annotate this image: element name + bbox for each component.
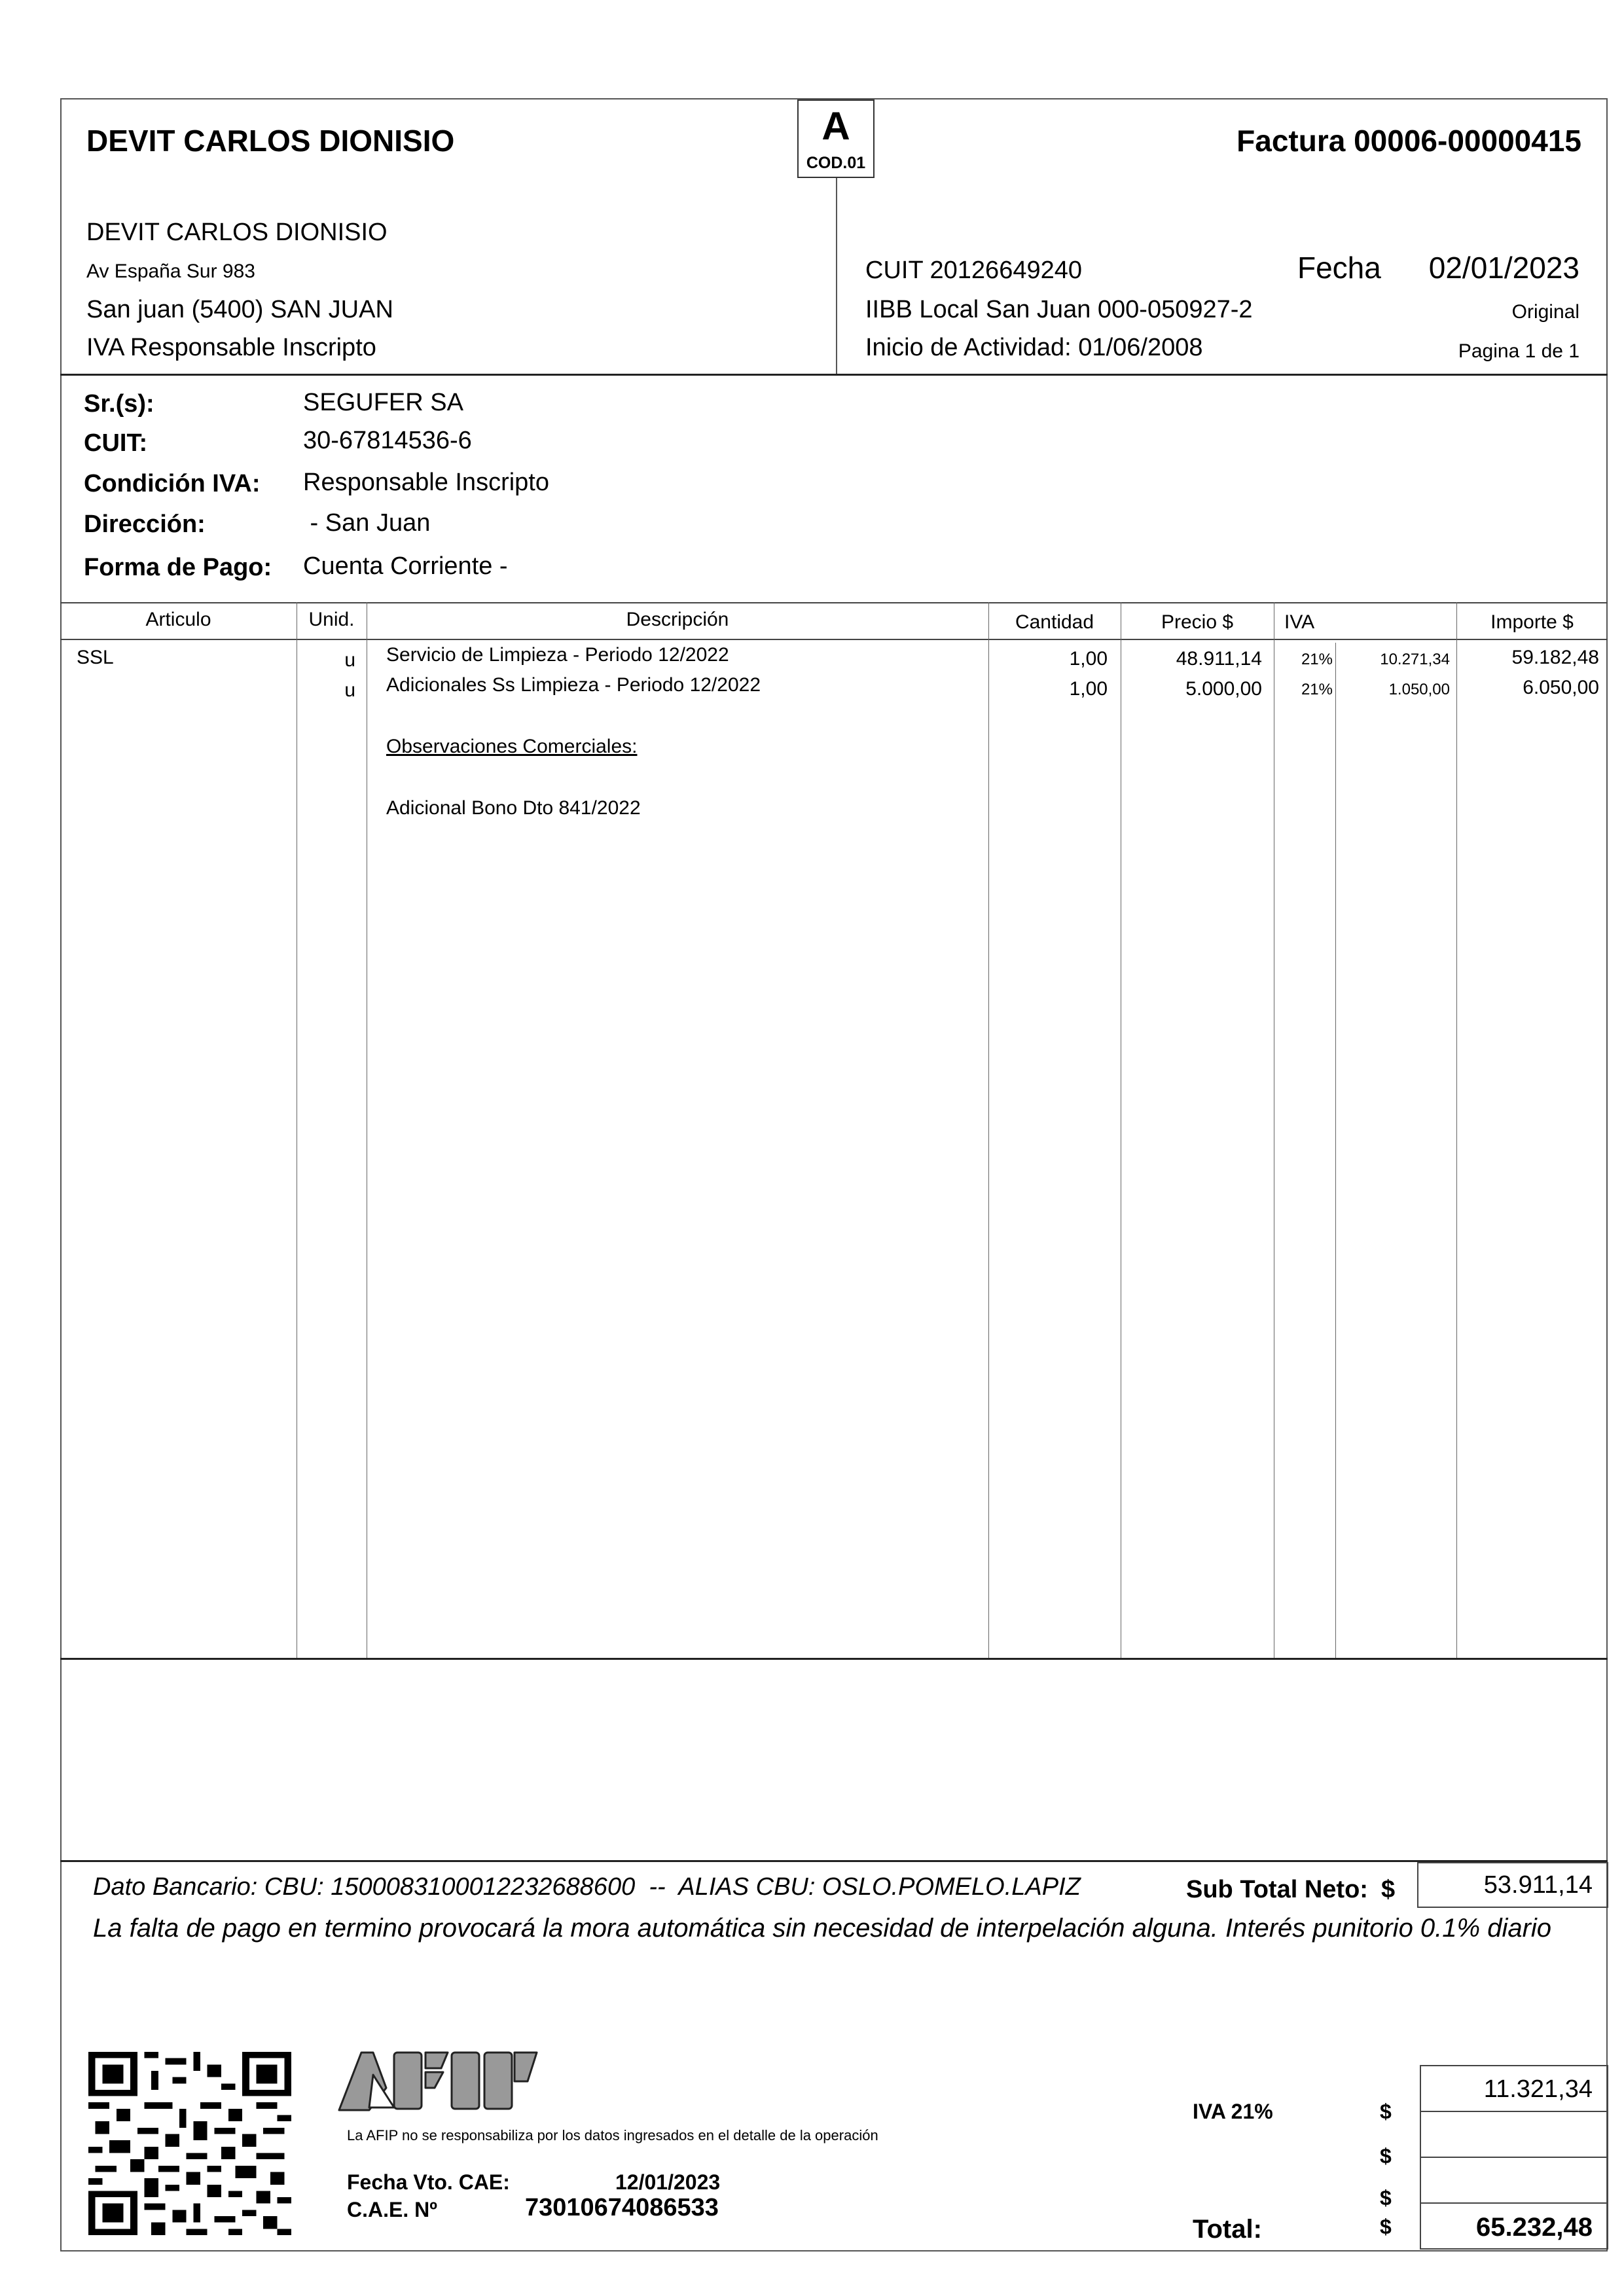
- col-divider: [1121, 602, 1121, 1658]
- tax-box-empty: [1420, 2111, 1608, 2158]
- footer-top-rule: [60, 1860, 1608, 1862]
- customer-address-value: - San Juan: [303, 509, 430, 537]
- tax-currency: $: [1380, 2144, 1392, 2168]
- cae-value: 73010674086533: [525, 2194, 719, 2222]
- row-descripcion: Adicionales Ss Limpieza - Periodo 12/202…: [386, 674, 761, 696]
- table-header-rule: [60, 639, 1608, 640]
- customer-name-label: Sr.(s):: [84, 390, 154, 418]
- invoice-type-box: A COD.01: [797, 99, 875, 178]
- col-divider: [1274, 602, 1274, 1658]
- issuer-city: San juan (5400) SAN JUAN: [86, 296, 393, 324]
- row-importe: 6.050,00: [1456, 677, 1599, 699]
- tax-currency: $: [1380, 2100, 1392, 2124]
- invoice-letter: A: [799, 103, 873, 149]
- total-label: Total:: [1193, 2215, 1262, 2244]
- payment-method-value: Cuenta Corriente -: [303, 552, 508, 581]
- customer-cuit-value: 30-67814536-6: [303, 427, 472, 455]
- col-divider: [1456, 602, 1457, 1658]
- row-descripcion: Servicio de Limpieza - Periodo 12/2022: [386, 644, 729, 666]
- col-header-unid: Unid.: [297, 609, 367, 631]
- row-cantidad: 1,00: [988, 648, 1108, 670]
- tax-label-iva21: IVA 21%: [1193, 2100, 1273, 2124]
- late-payment-notice: La falta de pago en termino provocará la…: [93, 1914, 1551, 1943]
- tax-box-empty: [1420, 2157, 1608, 2204]
- col-header-cantidad: Cantidad: [988, 611, 1121, 634]
- bank-info: Dato Bancario: CBU: 15000831000122326886…: [93, 1873, 1081, 1901]
- row-cantidad: 1,00: [988, 678, 1108, 700]
- issuer-address: Av España Sur 983: [86, 260, 255, 283]
- issuer-name: DEVIT CARLOS DIONISIO: [86, 219, 388, 247]
- tax-value-iva21: 11.321,34: [1484, 2075, 1593, 2104]
- row-iva-pct: 21%: [1274, 681, 1333, 699]
- row-precio: 48.911,14: [1121, 648, 1262, 670]
- afip-disclaimer: La AFIP no se responsabiliza por los dat…: [347, 2127, 878, 2144]
- observations-title: Observaciones Comerciales:: [386, 736, 637, 758]
- table-top-rule: [60, 602, 1608, 603]
- tax-currency: $: [1380, 2186, 1392, 2210]
- page-indicator: Pagina 1 de 1: [1458, 340, 1579, 363]
- col-header-descripcion: Descripción: [367, 609, 988, 631]
- customer-name-value: SEGUFER SA: [303, 389, 463, 417]
- issuer-cuit: CUIT 20126649240: [865, 257, 1082, 285]
- subtotal-label: Sub Total Neto:: [1186, 1876, 1368, 1904]
- issuer-tax-condition: IVA Responsable Inscripto: [86, 334, 376, 362]
- row-iva-monto: 1.050,00: [1335, 681, 1450, 699]
- issuer-start-activity: Inicio de Actividad: 01/06/2008: [865, 334, 1203, 362]
- row-precio: 5.000,00: [1121, 678, 1262, 700]
- invoice-title: Factura 00006-00000415: [1236, 123, 1581, 158]
- col-divider: [988, 602, 989, 1658]
- subtotal-box: 53.911,14: [1417, 1862, 1608, 1908]
- row-iva-pct: 21%: [1274, 651, 1333, 669]
- observations-text: Adicional Bono Dto 841/2022: [386, 797, 641, 819]
- subtotal-currency: $: [1381, 1876, 1395, 1904]
- row-articulo: SSL: [77, 647, 114, 669]
- cae-due-label: Fecha Vto. CAE:: [347, 2170, 510, 2195]
- col-header-articulo: Articulo: [60, 609, 297, 631]
- col-divider: [367, 602, 367, 1658]
- payment-method-label: Forma de Pago:: [84, 554, 272, 582]
- col-header-precio: Precio $: [1121, 611, 1274, 634]
- col-divider: [1335, 643, 1336, 1658]
- customer-address-label: Dirección:: [84, 511, 206, 539]
- company-name: DEVIT CARLOS DIONISIO: [86, 123, 454, 158]
- header-bottom-rule: [60, 374, 1608, 376]
- total-currency: $: [1380, 2215, 1392, 2239]
- cae-label: C.A.E. Nº: [347, 2198, 437, 2222]
- cae-due-value: 12/01/2023: [615, 2170, 720, 2195]
- date-label: Fecha: [1297, 250, 1381, 285]
- total-box: 65.232,48: [1420, 2202, 1608, 2250]
- tax-box-iva21: 11.321,34: [1420, 2065, 1608, 2112]
- issuer-iibb: IIBB Local San Juan 000-050927-2: [865, 296, 1253, 324]
- col-header-importe: Importe $: [1456, 611, 1608, 634]
- customer-tax-label: Condición IVA:: [84, 470, 261, 498]
- row-iva-monto: 10.271,34: [1335, 651, 1450, 669]
- table-bottom-rule: [60, 1658, 1608, 1660]
- afip-logo-icon: [335, 2049, 545, 2114]
- row-unid: u: [297, 679, 355, 702]
- col-header-iva: IVA: [1284, 611, 1314, 634]
- col-divider: [297, 602, 297, 1658]
- copy-label: Original: [1512, 301, 1579, 323]
- invoice-code: COD.01: [799, 154, 873, 173]
- date-value: 02/01/2023: [1429, 250, 1579, 285]
- total-value: 65.232,48: [1476, 2213, 1593, 2242]
- row-importe: 59.182,48: [1456, 647, 1599, 669]
- subtotal-value: 53.911,14: [1484, 1871, 1593, 1899]
- qr-code-icon: [88, 2052, 291, 2235]
- header-divider-vertical: [836, 178, 837, 374]
- row-unid: u: [297, 649, 355, 672]
- customer-cuit-label: CUIT:: [84, 429, 147, 457]
- customer-tax-value: Responsable Inscripto: [303, 469, 549, 497]
